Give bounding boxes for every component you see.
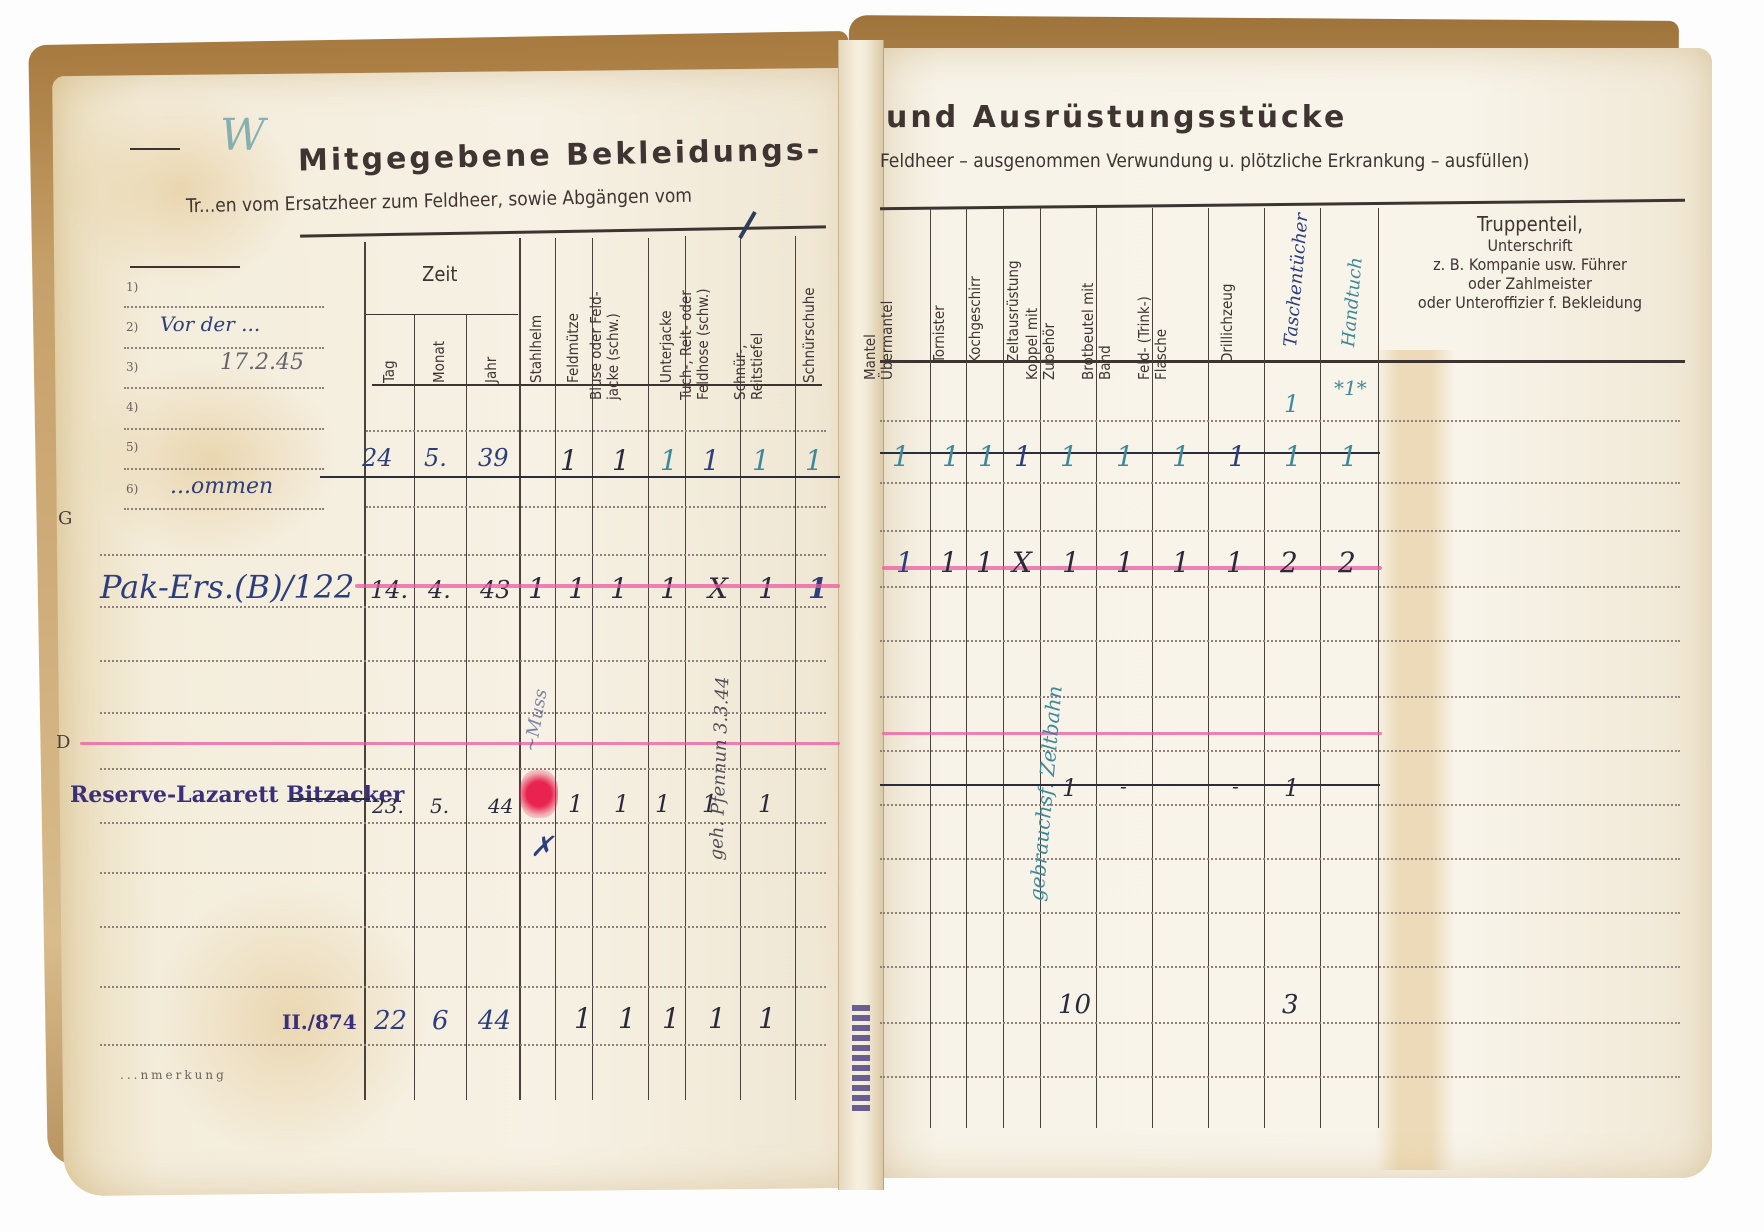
grid-line — [648, 238, 649, 1100]
right-page-title: und Ausrüstungsstücke — [886, 100, 1347, 135]
entry1-right-val: 1 — [978, 440, 996, 473]
dotted-line — [100, 606, 826, 608]
entry1-val: 1 — [752, 444, 770, 477]
dotted-line — [880, 696, 1680, 698]
dotted-line — [880, 586, 1680, 588]
dotted-line — [100, 926, 826, 928]
entry2-unit: Pak-Ers.(B)/122 — [100, 568, 354, 606]
entry4-val: 1 — [574, 1002, 592, 1035]
header-dash — [130, 148, 180, 150]
grid-line — [364, 242, 366, 1100]
col-header-tag: Tag — [381, 360, 398, 383]
entry3-right-val: - — [1232, 774, 1239, 798]
zeit-subrule — [366, 314, 518, 315]
dotted-line — [124, 347, 324, 349]
entry1-right-val: 1 — [1014, 440, 1032, 473]
dotted-line — [124, 468, 324, 470]
entry2-val: 1 — [610, 572, 628, 605]
entry2-val: X — [708, 572, 728, 605]
entry4-unit-stamp: II./874 — [282, 1010, 357, 1034]
dotted-line — [880, 912, 1680, 914]
entry2-val: 1 — [660, 572, 678, 605]
handwritten-initial: W — [220, 110, 265, 161]
truppenteil-line: Unterschrift — [1380, 236, 1680, 255]
col-header-feldmuetze: Feldmütze — [565, 313, 582, 383]
truppenteil-line: oder Zahlmeister — [1380, 274, 1680, 293]
entry2-right-val: 1 — [940, 546, 958, 579]
strike-line — [290, 798, 370, 800]
margin-letter-d: D — [56, 732, 70, 753]
right-page-subtitle: Feldheer – ausgenommen Verwundung u. plö… — [880, 150, 1529, 172]
entry3-val: 1 — [614, 790, 629, 818]
grid-line — [1378, 208, 1379, 1128]
grid-line — [1264, 208, 1265, 1128]
truppenteil-line: Truppenteil, — [1380, 212, 1680, 236]
entry2-right-val: 1 — [1172, 546, 1190, 579]
entry2-jahr: 43 — [480, 576, 511, 604]
entry2-right-val: 1 — [976, 546, 994, 579]
entry1-val: 1 — [612, 444, 630, 477]
entry4-val: 1 — [662, 1002, 680, 1035]
entry2-right-val: 2 — [1338, 546, 1356, 579]
dotted-line — [880, 1076, 1680, 1078]
col-header-stahlhelm: Stahlhelm — [528, 315, 545, 383]
spine-stamp — [852, 1005, 870, 1115]
grid-line — [1320, 208, 1321, 1128]
grid-line — [466, 315, 467, 1100]
entry3-right-val: 1 — [1062, 774, 1077, 802]
handwritten-line-2: Vor der ... — [160, 312, 260, 336]
entry2-right-val: 1 — [1226, 546, 1244, 579]
entry1-tag: 24 — [362, 444, 393, 472]
dotted-line — [880, 530, 1680, 532]
col-header-mantel: Mantel Übermantel — [862, 260, 896, 380]
entry2-val: 1 — [758, 572, 776, 605]
dotted-line — [124, 387, 324, 389]
short-rule — [130, 266, 240, 268]
col-header-bluse: Bluse oder Feld-jacke (schw.) — [588, 260, 622, 400]
grid-line — [555, 238, 556, 1100]
dotted-line — [366, 506, 826, 508]
dotted-line — [880, 640, 1680, 642]
dotted-line — [880, 966, 1680, 968]
entry1-right-val: 1 — [942, 440, 960, 473]
entry2-monat: 4. — [428, 576, 451, 604]
col-header-schnuerschuhe: Schnürschuhe — [801, 287, 818, 383]
entry1-val: 1 — [560, 444, 578, 477]
col-header-jahr: Jahr — [483, 357, 500, 383]
entry3-monat: 5. — [430, 794, 449, 818]
col-header-unterjacke: Unterjacke — [658, 310, 675, 383]
dotted-line — [880, 858, 1680, 860]
entry1-right-val: 1 — [1116, 440, 1134, 473]
dotted-line — [100, 986, 826, 988]
entry2-right-val: 2 — [1280, 546, 1298, 579]
entry1-right-val: 1 — [1284, 440, 1302, 473]
dotted-line — [880, 750, 1680, 752]
entry1-val: 1 — [702, 444, 720, 477]
margin-letter-g: G — [58, 508, 72, 529]
col-header-brotbeutel: Brotbeutel mit Band — [1080, 250, 1114, 380]
strike-line — [880, 784, 1380, 786]
dotted-line — [100, 1044, 826, 1046]
grid-line — [519, 238, 521, 1100]
entry1-right-val: 1 — [1060, 440, 1078, 473]
entry3-right-val: 1 — [1284, 774, 1299, 802]
strike-line — [320, 476, 840, 478]
entry2-right-val: 1 — [1062, 546, 1080, 579]
truppenteil-line: oder Unteroffizier f. Bekleidung — [1380, 293, 1680, 312]
entry4-tag: 22 — [374, 1006, 407, 1036]
grid-line — [414, 315, 415, 1100]
col-header-feldflasche: Feld- (Trink-) Flasche — [1136, 260, 1170, 380]
entry2-right-val: 1 — [896, 546, 914, 579]
truppenteil-header: Truppenteil, Unterschrift z. B. Kompanie… — [1380, 212, 1680, 312]
dotted-line — [124, 428, 324, 430]
line-number-3: 3) — [126, 360, 138, 374]
line-number-2: 2) — [126, 320, 138, 334]
entry3-val: 1 — [655, 790, 670, 818]
dotted-line — [880, 482, 1680, 484]
grid-line — [795, 236, 796, 1100]
col-header-monat: Monat — [431, 341, 448, 383]
entry1-jahr: 39 — [478, 444, 509, 472]
entry4-jahr: 44 — [478, 1006, 511, 1036]
entry2-val: 1 — [528, 572, 546, 605]
entry1-right-val: 1 — [1172, 440, 1190, 473]
dotted-line — [880, 804, 1680, 806]
col-header-zeit: Zeit — [422, 262, 457, 286]
entry1-monat: 5. — [424, 444, 447, 472]
col-header-tornister: Tornister — [931, 305, 948, 363]
entry2-tag: 14. — [370, 576, 408, 604]
dotted-line — [100, 554, 826, 556]
line-number-6: 6) — [126, 482, 138, 496]
pink-rule — [882, 732, 1382, 735]
dotted-line — [100, 660, 826, 662]
handwritten-line-6: ...ommen — [170, 474, 273, 499]
red-stamp-mark — [520, 770, 558, 818]
entry3-right-val: - — [1120, 774, 1127, 798]
dotted-line — [100, 872, 826, 874]
entry2-right-val: 1 — [1116, 546, 1134, 579]
entry1-right-val: 1 — [1228, 440, 1246, 473]
entry4-right-taschentuecher: 3 — [1282, 990, 1299, 1020]
entry2-right-val: X — [1012, 546, 1032, 579]
entry1-right-val: 1 — [892, 440, 910, 473]
col-header-hose: Tuch-, Reit- oder Feldhose (schw.) — [678, 250, 712, 400]
col-header-drillichzeug: Drillichzeug — [1219, 284, 1236, 363]
pre-entry-val: *1* — [1334, 376, 1367, 400]
col-header-stiefel: Schnür-, Reitstiefel — [732, 310, 766, 400]
entry3-val: 1 — [702, 790, 717, 818]
pink-strike-line — [355, 584, 840, 588]
entry1-val: 1 — [660, 444, 678, 477]
entry4-right-koppel: 10 — [1058, 990, 1091, 1020]
entry1-right-val: 1 — [1340, 440, 1358, 473]
entry3-tag: 23. — [372, 794, 404, 818]
entry2-val: 1 — [568, 572, 586, 605]
stamp-cross-mark: ✗ — [530, 830, 553, 863]
dotted-line — [124, 306, 324, 308]
footer-label: ...nmerkung — [120, 1068, 227, 1082]
col-header-kochgeschirr: Kochgeschirr — [967, 276, 984, 363]
entry4-val: 1 — [618, 1002, 636, 1035]
entry1-val: 1 — [805, 444, 823, 477]
col-header-zeltausruestung: Zeltausrüstung — [1005, 260, 1022, 363]
line-number-4: 4) — [126, 400, 138, 414]
entry4-monat: 6 — [432, 1006, 449, 1036]
truppenteil-line: z. B. Kompanie usw. Führer — [1380, 255, 1680, 274]
entry3-val: 1 — [758, 790, 773, 818]
grid-line — [1208, 208, 1209, 1128]
dotted-line — [880, 420, 1680, 422]
header-bottom-rule — [880, 360, 1685, 363]
dotted-line — [366, 430, 826, 432]
entry3-val: 1 — [568, 790, 583, 818]
pre-entry-val: 1 — [1284, 390, 1299, 418]
dotted-line — [124, 508, 324, 510]
line-number-5: 5) — [126, 440, 138, 454]
dotted-line — [880, 1022, 1680, 1024]
entry4-val: 1 — [758, 1002, 776, 1035]
entry3-unit-stamp: Reserve-Lazarett Bitzacker — [70, 782, 404, 808]
entry2-val: 1 — [808, 572, 827, 605]
entry4-val: 1 — [708, 1002, 726, 1035]
col-header-koppel: Koppel mit Zubehör — [1024, 260, 1058, 380]
entry3-jahr: 44 — [488, 794, 513, 818]
handwritten-line-3: 17.2.45 — [220, 350, 304, 375]
line-number-1: 1) — [126, 280, 138, 294]
